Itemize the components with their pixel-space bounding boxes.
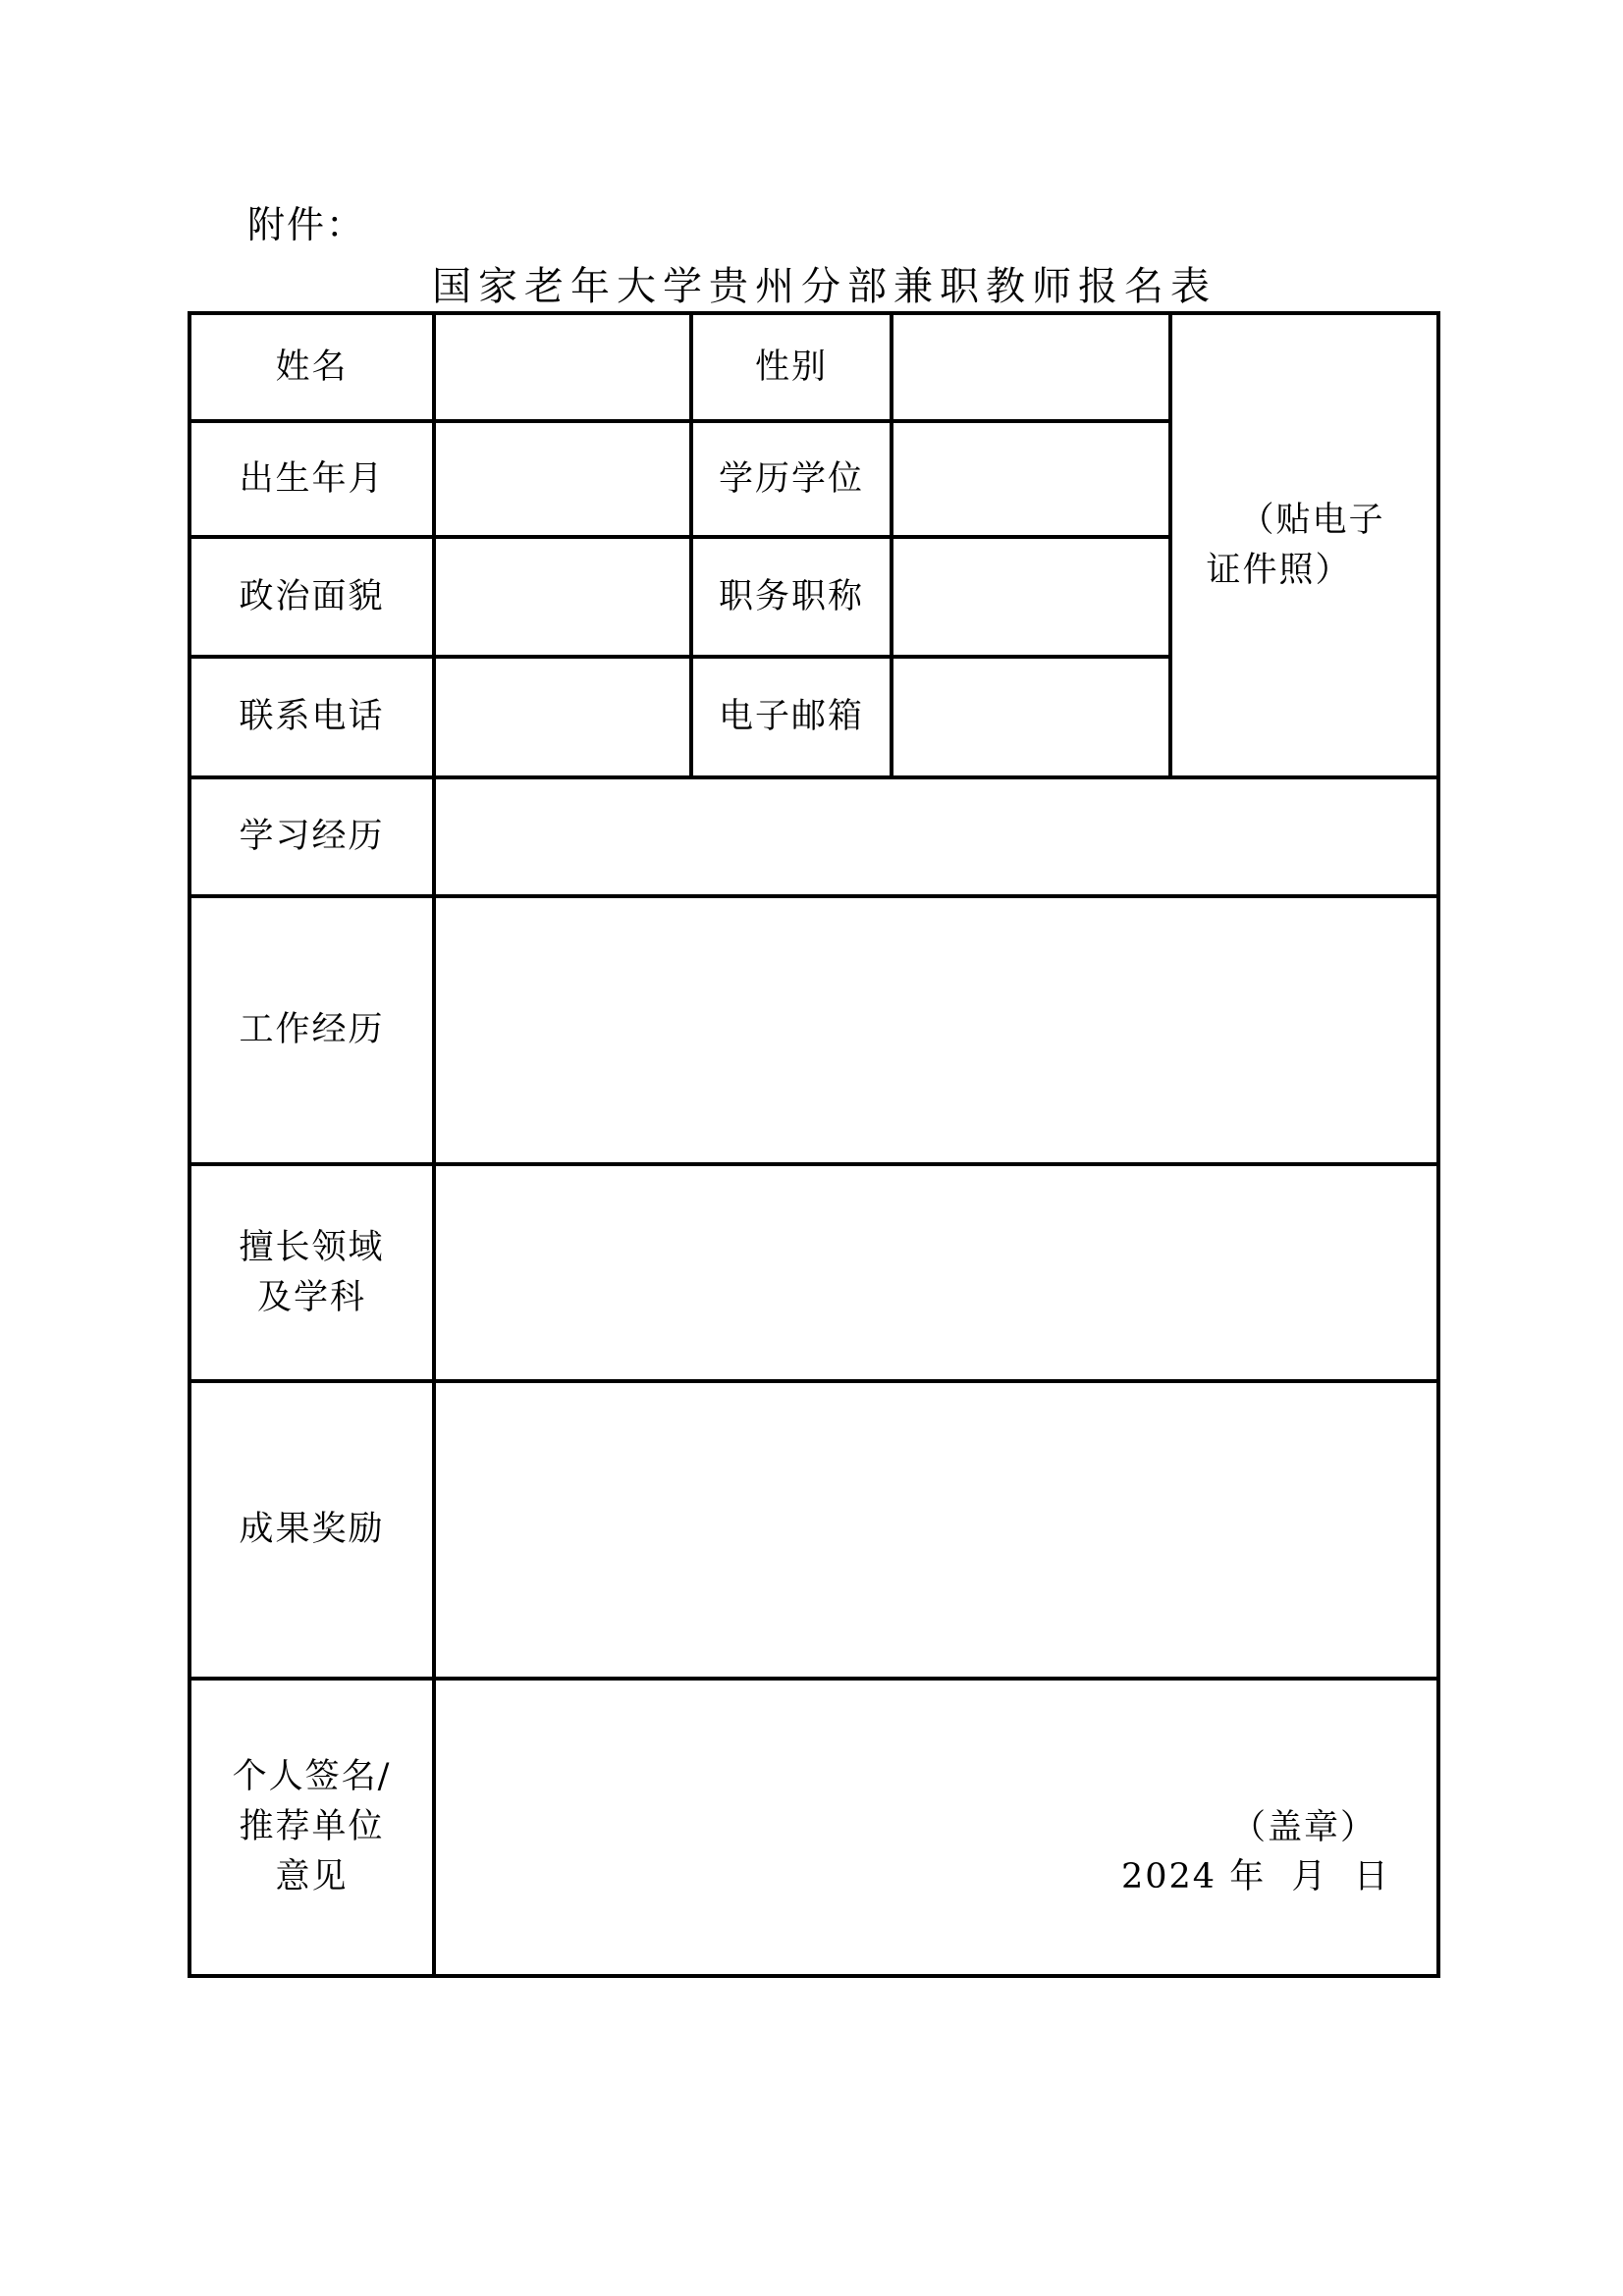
expertise-label: 擅长领域 及学科 [189, 1164, 434, 1381]
job-title-field[interactable] [892, 537, 1170, 657]
political-status-field[interactable] [434, 537, 691, 657]
study-history-label: 学习经历 [189, 777, 434, 896]
gender-field[interactable] [892, 313, 1170, 421]
achievements-field[interactable] [434, 1381, 1438, 1679]
table-row: 姓名 性别 （贴电子 证件照） [189, 313, 1438, 421]
email-label: 电子邮箱 [691, 657, 892, 777]
expertise-label-line1: 擅长领域 [191, 1223, 432, 1273]
date-text: 2024 年 月 日 [1121, 1855, 1390, 1898]
name-label: 姓名 [189, 313, 434, 421]
expertise-label-line2: 及学科 [191, 1273, 432, 1323]
gender-label: 性别 [691, 313, 892, 421]
table-row: 学习经历 [189, 777, 1438, 896]
phone-field[interactable] [434, 657, 691, 777]
photo-placeholder[interactable]: （贴电子 证件照） [1170, 313, 1438, 777]
achievements-label: 成果奖励 [189, 1381, 434, 1679]
job-title-label: 职务职称 [691, 537, 892, 657]
email-field[interactable] [892, 657, 1170, 777]
education-label: 学历学位 [691, 421, 892, 537]
attachment-label: 附件： [247, 200, 365, 249]
table-row: 成果奖励 [189, 1381, 1438, 1679]
expertise-field[interactable] [434, 1164, 1438, 1381]
signature-label: 个人签名/ 推荐单位 意见 [189, 1679, 434, 1976]
table-row: 工作经历 [189, 896, 1438, 1164]
birth-field[interactable] [434, 421, 691, 537]
table-row: 个人签名/ 推荐单位 意见 （盖章） 2024 年 月 日 [189, 1679, 1438, 1976]
signature-label-line1: 个人签名/ [191, 1752, 432, 1802]
page-title: 国家老年大学贵州分部兼职教师报名表 [432, 263, 1188, 310]
photo-instruction: （贴电子 证件照） [1223, 496, 1384, 596]
photo-instruction-line2: 证件照） [1206, 546, 1384, 596]
political-status-label: 政治面貌 [189, 537, 434, 657]
signature-label-line3: 意见 [191, 1852, 432, 1902]
work-history-label: 工作经历 [189, 896, 434, 1164]
education-field[interactable] [892, 421, 1170, 537]
signature-label-line2: 推荐单位 [191, 1802, 432, 1852]
table-row: 擅长领域 及学科 [189, 1164, 1438, 1381]
registration-form-table: 姓名 性别 （贴电子 证件照） 出生年月 学历学位 政治面貌 职务职称 联系电话… [188, 311, 1440, 1978]
seal-text: （盖章） [1231, 1806, 1377, 1849]
work-history-field[interactable] [434, 896, 1438, 1164]
study-history-field[interactable] [434, 777, 1438, 896]
name-field[interactable] [434, 313, 691, 421]
photo-instruction-line1: （贴电子 [1223, 496, 1384, 546]
signature-field[interactable]: （盖章） 2024 年 月 日 [434, 1679, 1438, 1976]
phone-label: 联系电话 [189, 657, 434, 777]
birth-label: 出生年月 [189, 421, 434, 537]
